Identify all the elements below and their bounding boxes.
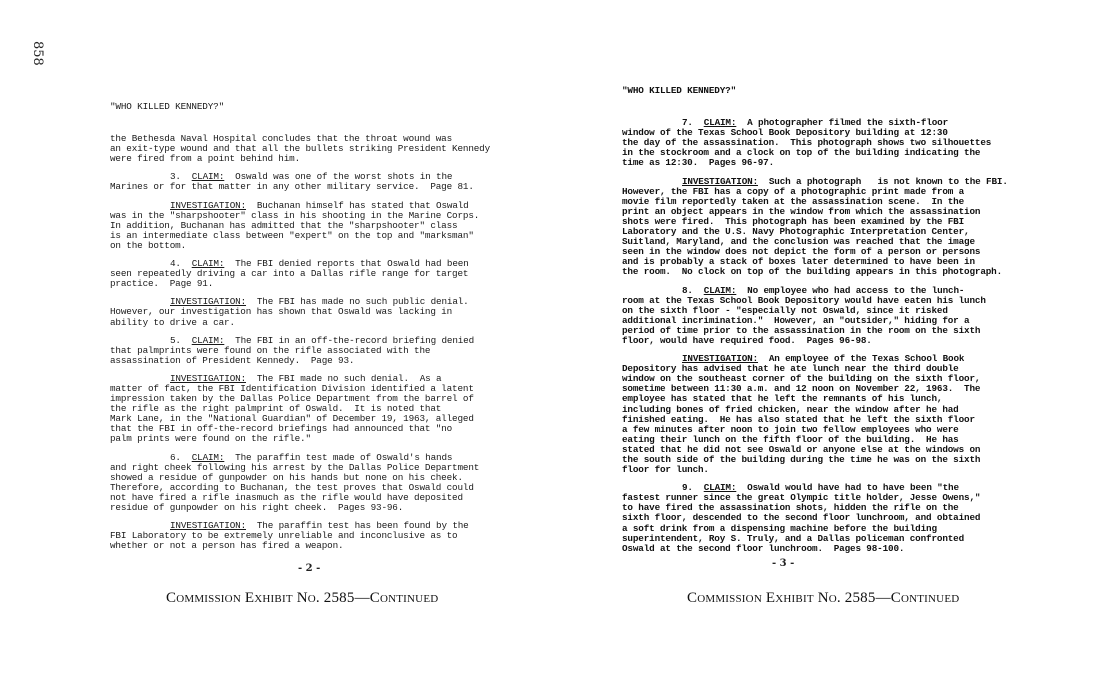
left-running-head: "WHO KILLED KENNEDY?" — [110, 102, 510, 112]
investigation-line: the room. No clock on top of the buildin… — [622, 267, 1032, 277]
investigation-label: INVESTIGATION: — [682, 176, 758, 187]
investigation-paragraph: INVESTIGATION: The FBI made no such deni… — [110, 374, 510, 445]
investigation-paragraph: INVESTIGATION: The FBI has made no such … — [110, 297, 510, 327]
left-intro-paragraph: the Bethesda Naval Hospital concludes th… — [110, 134, 510, 164]
claim-line: assassination of President Kennedy. Page… — [110, 356, 510, 366]
left-exhibit-caption: Commission Exhibit No. 2585—Continued — [166, 590, 438, 607]
right-exhibit-caption: Commission Exhibit No. 2585—Continued — [687, 590, 959, 607]
investigation-label: INVESTIGATION: — [170, 200, 246, 211]
right-running-head: "WHO KILLED KENNEDY?" — [622, 86, 1032, 96]
investigation-line: on the bottom. — [110, 241, 510, 251]
investigation-line: palm prints were found on the rifle." — [110, 434, 510, 444]
claim-paragraph: 8. CLAIM: No employee who had access to … — [622, 286, 1032, 347]
claim-line: Oswald at the second floor lunchroom. Pa… — [622, 544, 1032, 554]
investigation-text: Such a photograph is not known to the FB… — [758, 176, 1008, 187]
intro-line: were fired from a point behind him. — [110, 154, 510, 164]
claim-text: No employee who had access to the lunch- — [736, 285, 964, 296]
claim-paragraph: 3. CLAIM: Oswald was one of the worst sh… — [110, 172, 510, 192]
item-number: 6. — [170, 452, 192, 463]
investigation-paragraph: INVESTIGATION: Such a photograph is not … — [622, 177, 1032, 278]
claim-paragraph: 9. CLAIM: Oswald would have had to have … — [622, 483, 1032, 554]
claim-line: time as 12:30. Pages 96-97. — [622, 158, 1032, 168]
claim-line: residue of gunpowder on his right cheek.… — [110, 503, 510, 513]
right-page-number: - 3 - — [772, 558, 794, 569]
investigation-text: Buchanan himself has stated that Oswald — [246, 200, 469, 211]
investigation-line: whether or not a person has fired a weap… — [110, 541, 510, 551]
investigation-line: However, our investigation has shown tha… — [110, 307, 510, 317]
item-number: 8. — [682, 285, 704, 296]
investigation-paragraph: INVESTIGATION: An employee of the Texas … — [622, 354, 1032, 475]
book-page-number: 858 — [15, 41, 45, 61]
right-claims-list: 7. CLAIM: A photographer filmed the sixt… — [622, 118, 1032, 554]
claim-text: The FBI in an off-the-record briefing de… — [224, 335, 474, 346]
claim-line: practice. Page 91. — [110, 279, 510, 289]
claim-line: Marines or for that matter in any other … — [110, 182, 510, 192]
left-claims-list: 3. CLAIM: Oswald was one of the worst sh… — [110, 172, 510, 551]
left-page-number: - 2 - — [298, 563, 320, 574]
claim-paragraph: 4. CLAIM: The FBI denied reports that Os… — [110, 259, 510, 289]
item-number: 5. — [170, 335, 192, 346]
investigation-paragraph: INVESTIGATION: Buchanan himself has stat… — [110, 201, 510, 251]
claim-paragraph: 6. CLAIM: The paraffin test made of Oswa… — [110, 453, 510, 514]
claim-paragraph: 7. CLAIM: A photographer filmed the sixt… — [622, 118, 1032, 168]
left-page-body: "WHO KILLED KENNEDY?" the Bethesda Naval… — [110, 102, 510, 559]
claim-label: CLAIM: — [704, 285, 737, 296]
claim-label: CLAIM: — [192, 452, 225, 463]
investigation-line: ability to drive a car. — [110, 318, 510, 328]
investigation-paragraph: INVESTIGATION: The paraffin test has bee… — [110, 521, 510, 551]
claim-line: floor, would have required food. Pages 9… — [622, 336, 1032, 346]
investigation-line: floor for lunch. — [622, 465, 1032, 475]
claim-text: The paraffin test made of Oswald's hands — [224, 452, 452, 463]
claim-label: CLAIM: — [192, 335, 225, 346]
claim-paragraph: 5. CLAIM: The FBI in an off-the-record b… — [110, 336, 510, 366]
right-page-body: "WHO KILLED KENNEDY?" 7. CLAIM: A photog… — [622, 86, 1032, 562]
